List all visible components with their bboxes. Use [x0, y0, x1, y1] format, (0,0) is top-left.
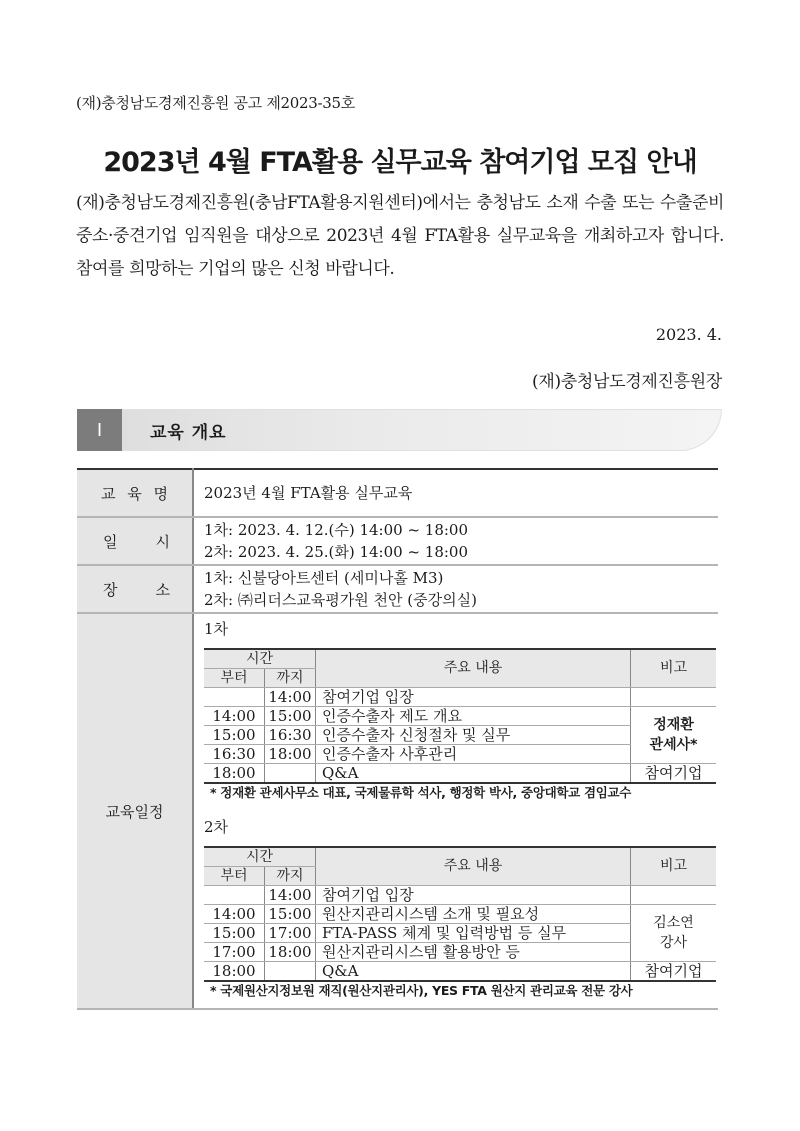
header-note: 비고 — [631, 847, 717, 886]
section-header: Ⅰ 교육 개요 — [77, 409, 722, 451]
notice-date: 2023. 4. — [656, 325, 722, 344]
round-2-schedule-table: 시간 주요 내용 비고 부터 까지 14:00 참여기업 입장 14:00 15… — [204, 846, 716, 982]
place-value: 1차: 신불당아트센터 (세미나홀 M3) 2차: ㈜리더스교육평가원 천안 (… — [193, 565, 718, 613]
qa-note: 참여기업 — [631, 962, 717, 982]
lecturer-note: 김소연 강사 — [631, 905, 717, 962]
header-from: 부터 — [204, 867, 265, 886]
header-from: 부터 — [204, 669, 265, 688]
overview-row-schedule: 교육일정 1차 시간 주요 내용 비고 부터 까지 14:00 참여기업 입장 — [77, 613, 718, 1009]
table-row: 14:00 참여기업 입장 — [204, 886, 716, 905]
section-title: 교육 개요 — [122, 409, 722, 451]
header-to: 까지 — [265, 669, 316, 688]
label-place: 장 소 — [77, 565, 193, 613]
header-note: 비고 — [631, 649, 717, 688]
lecturer-note: 정재환 관세사* — [631, 707, 717, 764]
label-course-name: 교 육 명 — [77, 469, 193, 517]
table-row: 18:00 Q&A 참여기업 — [204, 962, 716, 982]
section-number: Ⅰ — [77, 409, 122, 451]
table-row: 14:00 15:00 원산지관리시스템 소개 및 필요성 김소연 강사 — [204, 905, 716, 924]
intro-paragraph: (재)충청남도경제진흥원(충남FTA활용지원센터)에서는 충청남도 소재 수출 … — [76, 187, 724, 286]
round-2-title: 2차 — [204, 816, 718, 846]
header-to: 까지 — [265, 867, 316, 886]
header-content: 주요 내용 — [316, 649, 631, 688]
header-content: 주요 내용 — [316, 847, 631, 886]
notice-number: (재)충청남도경제진흥원 공고 제2023-35호 — [76, 92, 355, 113]
issuer: (재)충청남도경제진흥원장 — [532, 367, 722, 392]
overview-row-place: 장 소 1차: 신불당아트센터 (세미나홀 M3) 2차: ㈜리더스교육평가원 … — [77, 565, 718, 613]
table-row: 14:00 15:00 인증수출자 제도 개요 정재환 관세사* — [204, 707, 716, 726]
overview-row-name: 교 육 명 2023년 4월 FTA활용 실무교육 — [77, 469, 718, 517]
table-row: 14:00 참여기업 입장 — [204, 688, 716, 707]
datetime-value: 1차: 2023. 4. 12.(수) 14:00 ~ 18:00 2차: 20… — [193, 517, 718, 565]
qa-note: 참여기업 — [631, 764, 717, 784]
overview-row-date: 일 시 1차: 2023. 4. 12.(수) 14:00 ~ 18:00 2차… — [77, 517, 718, 565]
table-row: 18:00 Q&A 참여기업 — [204, 764, 716, 784]
round-1-title: 1차 — [204, 618, 718, 648]
overview-table: 교 육 명 2023년 4월 FTA활용 실무교육 일 시 1차: 2023. … — [77, 468, 718, 1010]
page-title: 2023년 4월 FTA활용 실무교육 참여기업 모집 안내 — [0, 140, 800, 179]
round-2-footnote: * 국제원산지정보원 재직(원산지관리사), YES FTA 원산지 관리교육 … — [204, 982, 718, 1002]
label-datetime: 일 시 — [77, 517, 193, 565]
round-1-footnote: * 정재환 관세사무소 대표, 국제물류학 석사, 행정학 박사, 중앙대학교 … — [204, 784, 718, 804]
header-time: 시간 — [204, 649, 316, 669]
course-name-value: 2023년 4월 FTA활용 실무교육 — [193, 469, 718, 517]
label-schedule: 교육일정 — [77, 613, 193, 1009]
header-time: 시간 — [204, 847, 316, 867]
round-1-schedule-table: 시간 주요 내용 비고 부터 까지 14:00 참여기업 입장 14:00 15… — [204, 648, 716, 784]
schedule-value: 1차 시간 주요 내용 비고 부터 까지 14:00 참여기업 입장 — [193, 613, 718, 1009]
